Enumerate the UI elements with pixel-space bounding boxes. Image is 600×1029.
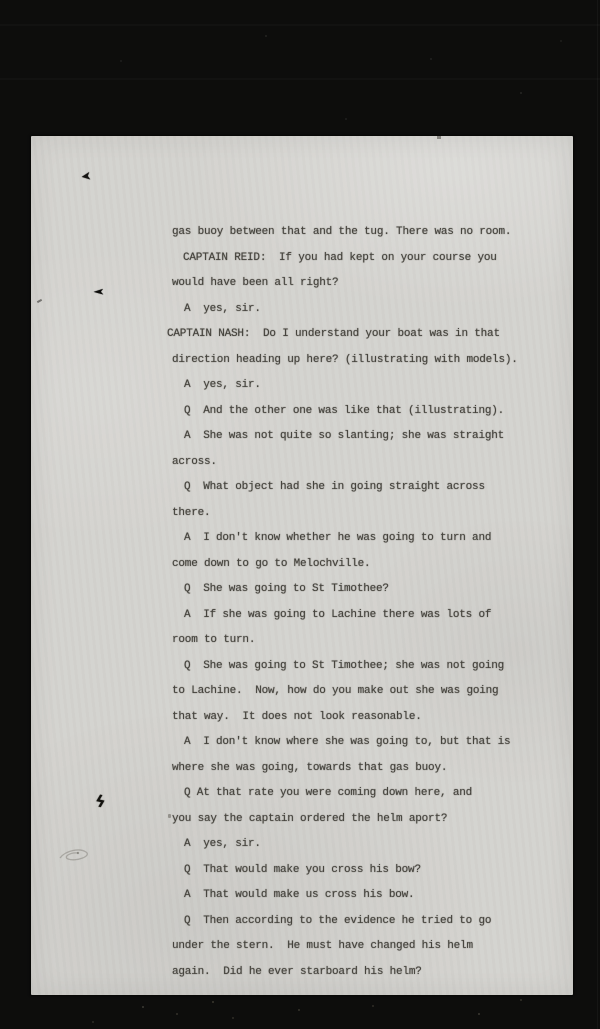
- transcript-line: A That would make us cross his bow.: [184, 883, 562, 909]
- transcript-line: to Lachine. Now, how do you make out she…: [172, 679, 562, 705]
- transcript-line: you say the captain ordered the helm apo…: [172, 807, 562, 833]
- transcript-line: where she was going, towards that gas bu…: [172, 756, 562, 782]
- film-seam: [0, 78, 600, 80]
- transcript-line: A yes, sir.: [184, 373, 562, 399]
- document-page: ➤ ➤ ϟ gas buoy between that and the tug.…: [31, 136, 573, 995]
- paper-edge-nick: [437, 136, 441, 139]
- transcript-line: across.: [172, 450, 562, 476]
- pencil-scribble-icon: [56, 844, 108, 866]
- transcript-line: that way. It does not look reasonable.: [172, 705, 562, 731]
- transcript-line: CAPTAIN REID: If you had kept on your co…: [183, 246, 562, 272]
- ink-arrow-icon: ➤: [93, 287, 105, 297]
- ink-check-icon: ϟ: [93, 791, 107, 812]
- transcript-line: there.: [172, 501, 562, 527]
- transcript-line: Q At that rate you were coming down here…: [184, 781, 562, 807]
- transcript-line: again. Did he ever starboard his helm?: [172, 960, 562, 986]
- transcript-line: room to turn.: [172, 628, 562, 654]
- transcript-line: Q That would make you cross his bow?: [184, 858, 562, 884]
- transcript-line: A I don't know whether he was going to t…: [184, 526, 562, 552]
- transcript-line: A I don't know where she was going to, b…: [184, 730, 562, 756]
- transcript-line: A If she was going to Lachine there was …: [184, 603, 562, 629]
- transcript-line: A She was not quite so slanting; she was…: [184, 424, 562, 450]
- transcript-line: A yes, sir.: [184, 832, 562, 858]
- dust-specks: [0, 0, 2, 2]
- transcript-line: Q She was going to St Timothee; she was …: [184, 654, 562, 680]
- scan-background: ➤ ➤ ϟ gas buoy between that and the tug.…: [0, 0, 600, 1029]
- ink-arrow-icon: ➤: [80, 168, 92, 183]
- transcript-line: Q What object had she in going straight …: [184, 475, 562, 501]
- transcript-line: gas buoy between that and the tug. There…: [172, 220, 562, 246]
- scan-edge-line: [597, 0, 598, 1029]
- transcript-text: gas buoy between that and the tug. There…: [167, 220, 562, 985]
- transcript-line: under the stern. He must have changed hi…: [172, 934, 562, 960]
- ink-speck: [37, 299, 42, 303]
- transcript-line: Q Then according to the evidence he trie…: [184, 909, 562, 935]
- film-seam: [0, 24, 600, 26]
- transcript-line: would have been all right?: [172, 271, 562, 297]
- transcript-line: CAPTAIN NASH: Do I understand your boat …: [167, 322, 562, 348]
- transcript-line: come down to go to Melochville.: [172, 552, 562, 578]
- transcript-line: direction heading up here? (illustrating…: [172, 348, 562, 374]
- transcript-line: A yes, sir.: [184, 297, 562, 323]
- transcript-line: Q And the other one was like that (illus…: [184, 399, 562, 425]
- transcript-line: Q She was going to St Timothee?: [184, 577, 562, 603]
